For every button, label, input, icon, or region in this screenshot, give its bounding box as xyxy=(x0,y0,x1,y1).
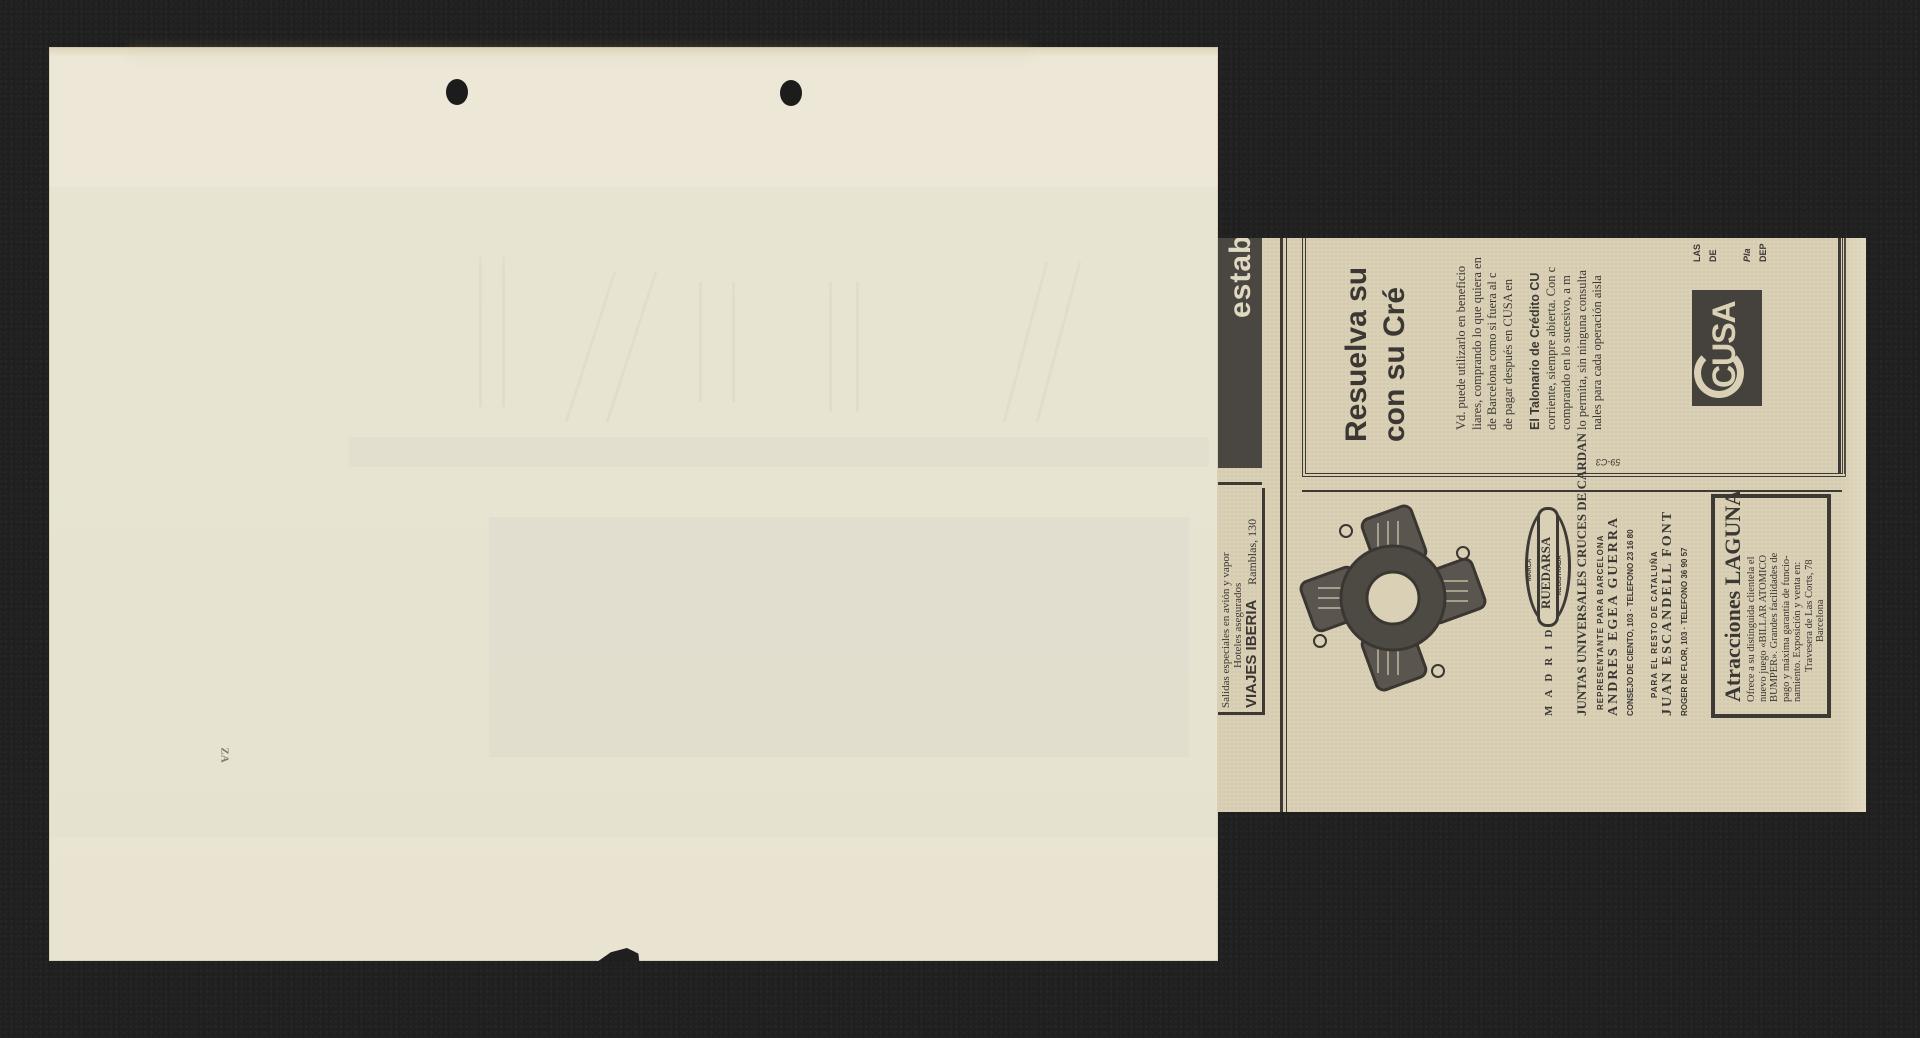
ruedarsa-rep1-label: REPRESENTANTE PARA BARCELONA xyxy=(1596,535,1605,710)
edge-stain xyxy=(129,47,1029,57)
cusa-side-text: DE xyxy=(1708,249,1718,262)
ruedarsa-rep2-address: ROGER DE FLOR, 103 · TELEFONO 36 90 57 xyxy=(1680,548,1689,717)
viajes-iberia-ad: Salidas especiales en avión y vapor Hote… xyxy=(1220,519,1259,708)
cusa-side-text: Pla xyxy=(1742,248,1752,262)
print-code: 59-C3 xyxy=(1596,457,1621,467)
cusa-paragraph-2: El Talonario de Crédito CU corriente, si… xyxy=(1528,267,1606,430)
row-rule xyxy=(1218,482,1262,485)
cusa-logo-text: CUSA xyxy=(1706,301,1743,388)
newspaper-clipping: estab Resuelva su con su Cré Vd. puede u… xyxy=(1218,238,1866,812)
ruedarsa-rep1-name: ANDRES EGEA GUERRA xyxy=(1606,516,1622,716)
cusa-logo: CUSA xyxy=(1692,290,1762,406)
letter-sheet: ZA xyxy=(49,47,1218,961)
ruedarsa-rep1-address: CONSEJO DE CIENTO, 103 · TELEFONO 23 16 … xyxy=(1626,529,1635,716)
ruedarsa-product: JUNTAS UNIVERSALES CRUCES DE CARDAN xyxy=(1574,433,1590,716)
cusa-headline-2: con su Cré xyxy=(1378,287,1412,442)
clipping-shadow xyxy=(49,187,1218,837)
cusa-headline-1: Resuelva su xyxy=(1340,267,1374,442)
torn-edge xyxy=(597,948,643,962)
column-rule xyxy=(1280,238,1283,812)
cusa-side-text: LAS xyxy=(1692,244,1702,262)
punch-hole-left xyxy=(446,79,468,105)
column-rule xyxy=(1286,238,1287,812)
universal-joint-illustration xyxy=(1298,503,1488,693)
column-rule xyxy=(1838,238,1841,474)
pencil-mark: ZA xyxy=(219,747,231,762)
banner-strip: estab xyxy=(1218,238,1262,468)
column-rule xyxy=(1844,238,1845,474)
cusa-paragraph-1: Vd. puede utilizarlo en beneficio liares… xyxy=(1454,257,1516,430)
ruedarsa-logo: RUEDARSA MARCA REGISTRADA xyxy=(1525,508,1571,624)
ruedarsa-rep2-name: JUAN ESCANDELL FONT xyxy=(1660,510,1676,716)
banner-text: estab xyxy=(1224,238,1258,318)
laguna-ad-content: Atracciones LAGUNA Ofrece a su distingui… xyxy=(1720,490,1827,702)
punch-hole-right xyxy=(780,80,802,106)
ruedarsa-rep2-label: PARA EL RESTO DE CATALUÑA xyxy=(1650,550,1659,698)
laguna-title: Atracciones LAGUNA xyxy=(1720,490,1746,702)
cusa-side-text: DEP xyxy=(1758,243,1768,262)
ruedarsa-city: MADRID xyxy=(1543,622,1555,716)
